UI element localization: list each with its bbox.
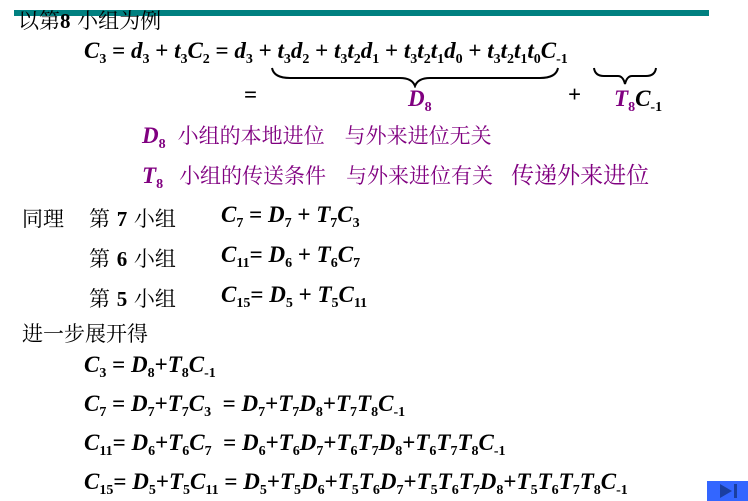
expansion-c15: C15= D5+T5C11 = D5+T5D6+T5T6D7+T5T6T7D8+… bbox=[84, 469, 628, 499]
note-t8-text3: 传递外来进位 bbox=[511, 163, 649, 189]
next-end-icon bbox=[707, 481, 748, 501]
note-d8-text2: 与外来进位无关 bbox=[345, 124, 492, 148]
title-prefix: 以第 bbox=[18, 9, 60, 33]
further-expand-label: 进一步展开得 bbox=[22, 318, 148, 348]
similarly-label: 同理 bbox=[22, 203, 64, 233]
expansion-c3: C3 = D8+T8C-1 bbox=[84, 352, 216, 382]
note-d8-text: 小组的本地进位 bbox=[178, 124, 325, 148]
line2-equals: = bbox=[244, 82, 257, 108]
note-t8: T8 小组的传送条件 与外来进位有关 传递外来进位 bbox=[142, 157, 649, 193]
line2-plus: + bbox=[568, 82, 581, 108]
note-d8: D8 小组的本地进位 与外来进位无关 bbox=[142, 120, 492, 153]
underbrace-d8 bbox=[270, 66, 560, 88]
slide-title: 以第8 小组为例 bbox=[18, 5, 161, 35]
group-7-label: 第 7 小组 bbox=[89, 203, 176, 233]
group-5-label: 第 5 小组 bbox=[89, 283, 176, 313]
title-suffix: 小组为例 bbox=[71, 9, 162, 33]
equation-c3-expansion: C3 = d3 + t3C2 = d3 + t3d2 + t3t2d1 + t3… bbox=[84, 38, 568, 68]
expansion-c11: C11= D6+T6C7 = D6+T6D7+T6T7D8+T6T7T8C-1 bbox=[84, 430, 506, 460]
t8-c-1-label: T8C-1 bbox=[614, 86, 662, 116]
underbrace-t8 bbox=[592, 66, 658, 86]
expansion-c7: C7 = D7+T7C3 = D7+T7D8+T7T8C-1 bbox=[84, 391, 405, 421]
group-5-equation: C15= D5 + T5C11 bbox=[221, 282, 367, 312]
group-6-label: 第 6 小组 bbox=[89, 243, 176, 273]
note-t8-text: 小组的传送条件 bbox=[179, 164, 326, 188]
group-6-equation: C11= D6 + T6C7 bbox=[221, 242, 360, 272]
d8-label: D8 bbox=[408, 86, 432, 116]
title-number: 8 bbox=[60, 9, 71, 33]
next-slide-button[interactable] bbox=[707, 481, 748, 501]
note-t8-text2: 与外来进位有关 bbox=[346, 164, 493, 188]
group-7-equation: C7 = D7 + T7C3 bbox=[221, 202, 360, 232]
